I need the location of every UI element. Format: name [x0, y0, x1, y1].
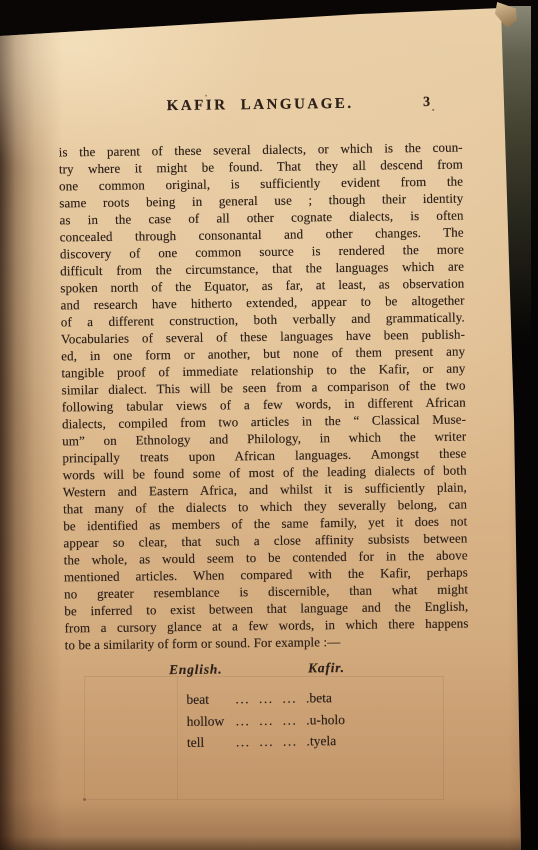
- english-word: hollow: [187, 710, 236, 732]
- page-content: KAFIR LANGUAGE. 3 is the parent of these…: [0, 0, 538, 850]
- body-text-line: to be a similarity of form or sound. For…: [65, 631, 469, 653]
- page-header: KAFIR LANGUAGE. 3: [58, 95, 462, 117]
- paper-speck: [432, 109, 434, 111]
- body-text: is the parent of these several dialects,…: [59, 139, 469, 654]
- book-photograph: KAFIR LANGUAGE. 3 is the parent of these…: [0, 0, 538, 850]
- page-number: 3: [423, 95, 430, 111]
- column-header-english: English.: [169, 661, 223, 678]
- vocabulary-row: beat ... ... ... ... beta: [186, 686, 436, 711]
- dot-leader: ... ... ... ...: [235, 687, 309, 709]
- dot-leader: ... ... ... ... ...: [236, 730, 310, 752]
- kafir-word: tyela: [310, 730, 337, 752]
- vocabulary-row: tell ... ... ... ... ... tyela: [187, 729, 437, 754]
- kafir-word: beta: [309, 687, 332, 709]
- vocabulary-table: English. Kafir. beat ... ... ... ... bet…: [65, 658, 469, 663]
- vocabulary-rows: beat ... ... ... ... beta hollow ... ...…: [186, 686, 437, 754]
- paper-speck: [205, 95, 207, 97]
- column-header-kafir: Kafir.: [308, 660, 345, 676]
- english-word: beat: [186, 688, 235, 710]
- english-word: tell: [187, 731, 236, 753]
- kafir-word: u-holo: [310, 708, 346, 730]
- vocabulary-row: hollow ... ... ... ... u-holo: [187, 707, 437, 732]
- running-title: KAFIR LANGUAGE.: [167, 96, 354, 114]
- book-page: KAFIR LANGUAGE. 3 is the parent of these…: [0, 0, 538, 850]
- dot-leader: ... ... ... ...: [236, 709, 310, 731]
